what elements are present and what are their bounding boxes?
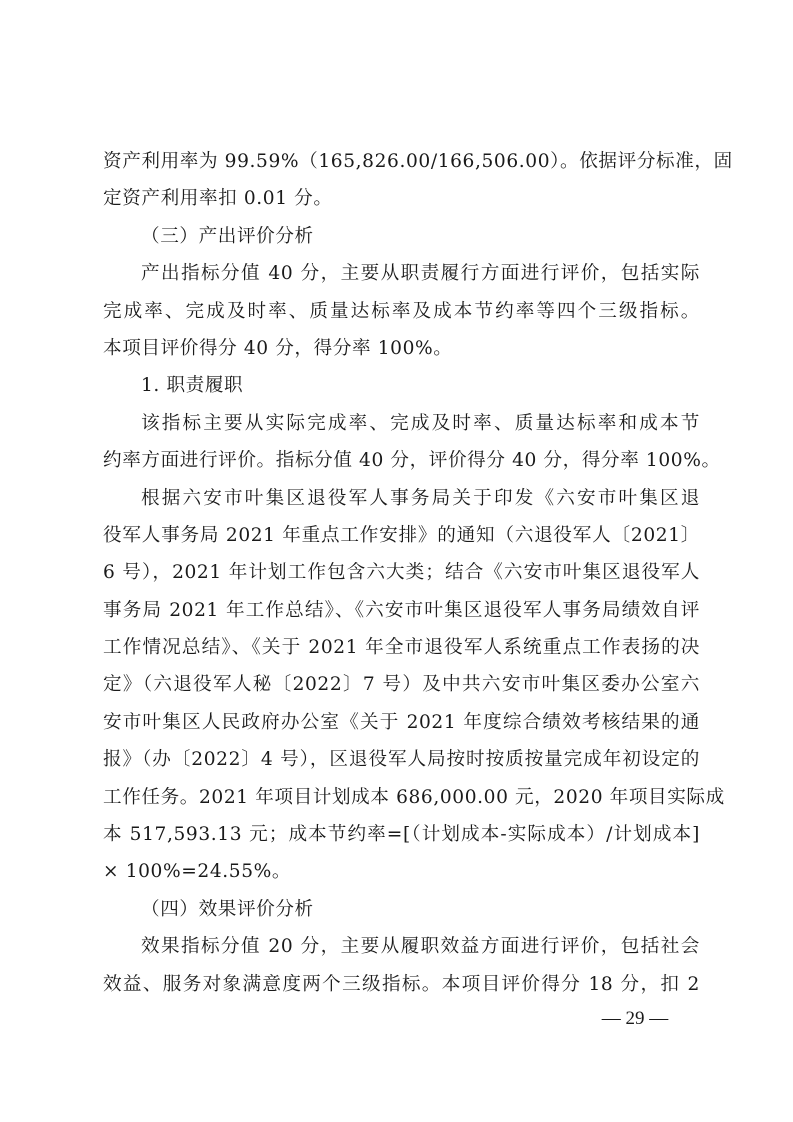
section-heading: （三）产出评价分析 (103, 218, 700, 255)
text-line: 约率方面进行评价。指标分值 40 分，评价得分 40 分，得分率 100%。 (103, 442, 700, 479)
subsection-heading: 1. 职责履职 (103, 367, 700, 404)
section-heading: （四）效果评价分析 (103, 891, 700, 928)
text-line: × 100%=24.55%。 (103, 853, 700, 890)
text-line: 安市叶集区人民政府办公室《关于 2021 年度综合绩效考核结果的通 (103, 704, 700, 741)
text-line: 效果指标分值 20 分，主要从履职效益方面进行评价，包括社会 (103, 928, 700, 965)
text-line: 根据六安市叶集区退役军人事务局关于印发《六安市叶集区退 (103, 480, 700, 517)
text-line: 报》（办〔2022〕4 号），区退役军人局按时按质按量完成年初设定的 (103, 741, 700, 778)
page-number: — 29 — (590, 1008, 680, 1030)
text-line: 本 517,593.13 元；成本节约率=[（计划成本-实际成本）/计划成本] (103, 816, 700, 853)
text-line: 定》（六退役军人秘〔2022〕7 号）及中共六安市叶集区委办公室六 (103, 666, 700, 703)
text-line: 役军人事务局 2021 年重点工作安排》的通知（六退役军人〔2021〕 (103, 517, 700, 554)
document-page: 资产利用率为 99.59%（165,826.00/166,506.00）。依据评… (103, 143, 700, 1003)
text-line: 工作情况总结》、《关于 2021 年全市退役军人系统重点工作表扬的决 (103, 629, 700, 666)
text-line: 本项目评价得分 40 分，得分率 100%。 (103, 330, 700, 367)
text-line: 事务局 2021 年工作总结》、《六安市叶集区退役军人事务局绩效自评 (103, 592, 700, 629)
text-line: 6 号），2021 年计划工作包含六大类；结合《六安市叶集区退役军人 (103, 554, 700, 591)
text-line: 资产利用率为 99.59%（165,826.00/166,506.00）。依据评… (103, 143, 700, 180)
text-line: 定资产利用率扣 0.01 分。 (103, 180, 700, 217)
text-line: 该指标主要从实际完成率、完成及时率、质量达标率和成本节 (103, 405, 700, 442)
text-line: 工作任务。2021 年项目计划成本 686,000.00 元，2020 年项目实… (103, 779, 700, 816)
text-line: 完成率、完成及时率、质量达标率及成本节约率等四个三级指标。 (103, 293, 700, 330)
text-line: 产出指标分值 40 分，主要从职责履行方面进行评价，包括实际 (103, 255, 700, 292)
text-line: 效益、服务对象满意度两个三级指标。本项目评价得分 18 分，扣 2 (103, 966, 700, 1003)
